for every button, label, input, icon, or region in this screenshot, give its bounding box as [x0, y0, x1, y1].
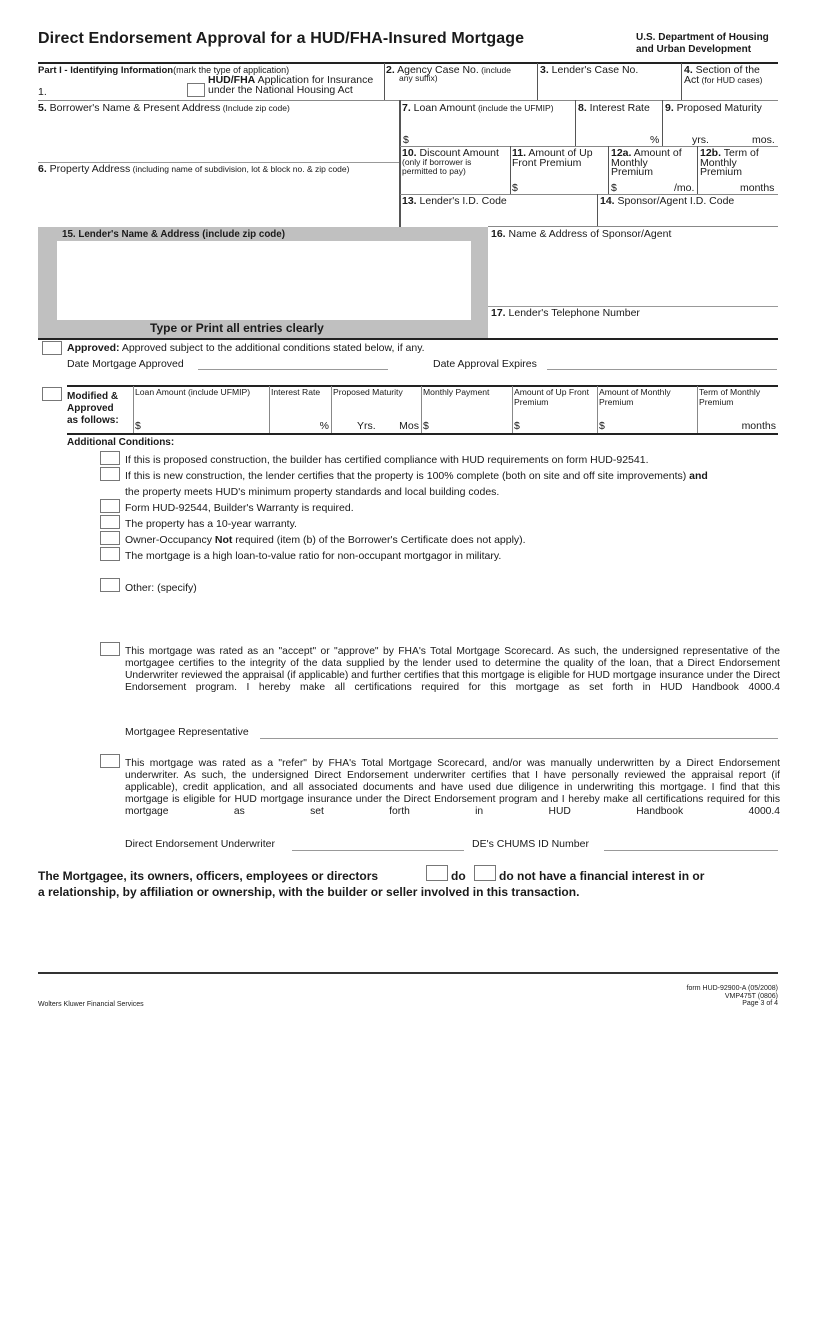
monthly-premium-term-field[interactable]: [700, 178, 738, 193]
modified-col-label: Interest Rate: [271, 388, 329, 398]
condition-new-construction-and: and: [686, 470, 708, 482]
item5-number: 5.: [38, 102, 47, 114]
condition-10-year-warranty-text: The property has a 10-year warranty.: [125, 519, 297, 530]
item12a-dollar-sign: $: [611, 183, 617, 194]
item5-label-text: Borrower's Name & Present Address: [47, 102, 221, 114]
item1-number: 1.: [38, 87, 47, 98]
condition-10-year-warranty-checkbox[interactable]: [100, 515, 120, 529]
discount-amount-field[interactable]: [402, 178, 508, 193]
item14-number: 14.: [600, 195, 615, 207]
modified-col-label: Loan Amount (include UFMIP): [135, 388, 267, 398]
condition-other-checkbox[interactable]: [100, 578, 120, 592]
chums-id-field[interactable]: [604, 850, 778, 851]
modified-col-5[interactable]: Amount of Monthly Premium$: [599, 387, 695, 432]
condition-high-ltv-military-text: The mortgage is a high loan-to-value rat…: [125, 551, 501, 562]
modified-label-line1: Modified &: [67, 391, 118, 402]
item8-percent-sign: %: [650, 135, 659, 146]
modified-label-line2: Approved: [67, 403, 114, 414]
condition-new-construction-line1: If this is new construction, the lender …: [125, 470, 686, 482]
modified-col-4[interactable]: Amount of Up Front Premium$: [514, 387, 595, 432]
modified-col-label: Amount of Monthly Premium: [599, 388, 695, 407]
condition-owner-occupancy-checkbox[interactable]: [100, 531, 120, 545]
condition-new-construction-line2: the property meets HUD's minimum propert…: [125, 487, 499, 498]
form-id: form HUD-92900-A (05/2008): [687, 985, 778, 992]
modified-col-unit-mid: Yrs.: [357, 421, 376, 432]
item9-label-text: Proposed Maturity: [674, 102, 762, 114]
form-title: Direct Endorsement Approval for a HUD/FH…: [38, 30, 524, 48]
item3-label-text: Lender's Case No.: [549, 64, 639, 76]
item12a-per-month: /mo.: [674, 183, 694, 194]
item13-number: 13.: [402, 195, 417, 207]
type-or-print-instruction: Type or Print all entries clearly: [150, 321, 324, 335]
lender-id-code-field[interactable]: [402, 208, 594, 225]
modified-col-label: Amount of Up Front Premium: [514, 388, 595, 407]
date-mortgage-approved-field[interactable]: [198, 369, 388, 370]
item1-label-line2: under the National Housing Act: [208, 85, 353, 96]
condition-owner-occupancy-label: Owner-Occupancy: [125, 534, 212, 546]
item5-note: (Include zip code): [220, 103, 289, 113]
modified-label-line3: as follows:: [67, 415, 119, 426]
modified-col-3[interactable]: Monthly Payment$: [423, 387, 510, 432]
item8-label: 8. Interest Rate: [578, 103, 650, 114]
modified-col-1[interactable]: Interest Rate%: [271, 387, 329, 432]
condition-owner-occupancy-rest: required (item (b) of the Borrower's Cer…: [232, 534, 525, 546]
item2-note: (include: [479, 65, 511, 75]
upfront-premium-field[interactable]: [520, 178, 606, 193]
modified-col-6[interactable]: Term of Monthly Premiummonths: [699, 387, 776, 432]
item11-dollar-sign: $: [512, 183, 518, 194]
item17-number: 17.: [491, 307, 506, 319]
item16-number: 16.: [491, 228, 506, 240]
loan-amount-field[interactable]: [412, 130, 572, 145]
additional-conditions-heading: Additional Conditions:: [67, 437, 174, 448]
item17-label: 17. Lender's Telephone Number: [491, 308, 640, 319]
financial-interest-do-not-label: do not have a financial interest in or: [499, 869, 704, 883]
condition-high-ltv-military-checkbox[interactable]: [100, 547, 120, 561]
item17-label-text: Lender's Telephone Number: [506, 307, 640, 319]
accept-approve-certification-checkbox[interactable]: [100, 642, 120, 656]
publisher-name: Wolters Kluwer Financial Services: [38, 1001, 144, 1008]
modified-col-unit-left: $: [135, 421, 141, 432]
lenders-case-number-field[interactable]: [540, 80, 680, 99]
condition-owner-occupancy-text: Owner-Occupancy Not required (item (b) o…: [125, 535, 526, 546]
condition-other-label: Other: (specify): [125, 583, 197, 594]
chums-id-label: DE's CHUMS ID Number: [472, 839, 589, 850]
modified-col-unit-right: months: [742, 421, 776, 432]
agency-case-number-field[interactable]: [386, 84, 536, 99]
item11-label-line2: Front Premium: [512, 158, 581, 169]
item3-number: 3.: [540, 64, 549, 76]
item2-note-line2: any suffix): [399, 74, 438, 83]
modified-col-unit-left: $: [423, 421, 429, 432]
refer-certification-text: This mortgage was rated as a "refer" by …: [125, 758, 780, 830]
mortgagee-representative-field[interactable]: [260, 738, 778, 739]
item9-label: 9. Proposed Maturity: [665, 103, 762, 114]
item2-number: 2.: [386, 64, 395, 76]
approved-text: Approved subject to the additional condi…: [120, 342, 425, 354]
date-mortgage-approved-label: Date Mortgage Approved: [67, 359, 184, 370]
lender-telephone-field[interactable]: [491, 320, 776, 337]
condition-new-construction-text: If this is new construction, the lender …: [125, 471, 708, 482]
item6-label-text: Property Address: [47, 163, 130, 175]
item16-label: 16. Name & Address of Sponsor/Agent: [491, 229, 671, 240]
item15-label: 15. Lender's Name & Address (include zip…: [62, 229, 285, 240]
item10-note-line2: permitted to pay): [402, 167, 466, 176]
financial-interest-do-not-checkbox[interactable]: [474, 865, 496, 881]
de-underwriter-label: Direct Endorsement Underwriter: [125, 839, 275, 850]
item5-label: 5. Borrower's Name & Present Address (In…: [38, 103, 290, 114]
item8-label-text: Interest Rate: [587, 102, 650, 114]
page-number: Page 3 of 4: [742, 1000, 778, 1007]
agency-name-line1: U.S. Department of Housing: [636, 32, 769, 43]
condition-proposed-construction-checkbox[interactable]: [100, 451, 120, 465]
agency-name-line2: and Urban Development: [636, 44, 751, 55]
item8-number: 8.: [578, 102, 587, 114]
hud-fha-application-checkbox[interactable]: [187, 83, 205, 97]
item13-label: 13. Lender's I.D. Code: [402, 196, 507, 207]
item14-label-text: Sponsor/Agent I.D. Code: [615, 195, 735, 207]
modified-col-label: Monthly Payment: [423, 388, 510, 398]
modified-col-label: Proposed Maturity: [333, 388, 419, 398]
modified-col-unit-left: $: [599, 421, 605, 432]
item7-label: 7. Loan Amount (include the UFMIP): [402, 103, 554, 114]
condition-proposed-construction-text: If this is proposed construction, the bu…: [125, 455, 649, 466]
accept-approve-certification-text: This mortgage was rated as an "accept" o…: [125, 646, 780, 706]
approved-label: Approved:: [67, 342, 120, 354]
financial-interest-do-label: do: [451, 869, 466, 883]
mortgagee-representative-label: Mortgagee Representative: [125, 727, 249, 738]
item6-number: 6.: [38, 163, 47, 175]
item14-label: 14. Sponsor/Agent I.D. Code: [600, 196, 734, 207]
financial-interest-line2: a relationship, by affiliation or owners…: [38, 885, 579, 899]
condition-owner-occupancy-not: Not: [212, 534, 232, 546]
section-of-act-field[interactable]: [684, 86, 776, 99]
item4-act: Act: [684, 74, 699, 86]
modified-col-2[interactable]: Proposed MaturityYrs.Mos: [333, 387, 419, 432]
de-underwriter-field[interactable]: [292, 850, 464, 851]
item13-label-text: Lender's I.D. Code: [417, 195, 507, 207]
item12b-label-line3: Premium: [700, 167, 742, 178]
modified-col-label: Term of Monthly Premium: [699, 388, 776, 407]
proposed-maturity-field[interactable]: [665, 130, 775, 145]
condition-other-specify-field[interactable]: [125, 596, 775, 634]
vmp-code: VMP475T (0806): [725, 993, 778, 1000]
financial-interest-line1: The Mortgagee, its owners, officers, emp…: [38, 869, 378, 883]
item7-note: (include the UFMIP): [476, 103, 554, 113]
monthly-premium-field[interactable]: [620, 178, 672, 193]
interest-rate-field[interactable]: [578, 130, 648, 145]
item7-label-text: Loan Amount: [411, 102, 476, 114]
refer-certification-checkbox[interactable]: [100, 754, 120, 768]
modified-col-unit-left: $: [514, 421, 520, 432]
date-approval-expires-field[interactable]: [547, 369, 777, 370]
item6-note: (including name of subdivision, lot & bl…: [130, 164, 349, 174]
item7-dollar-sign: $: [403, 135, 409, 146]
modified-col-unit-right: %: [320, 421, 329, 432]
item9-number: 9.: [665, 102, 674, 114]
approved-checkbox[interactable]: [42, 341, 62, 355]
modified-col-unit-right: Mos: [399, 421, 419, 432]
item12a-label-line3: Premium: [611, 167, 653, 178]
item16-label-text: Name & Address of Sponsor/Agent: [506, 228, 672, 240]
item4-note: (for HUD cases): [699, 75, 762, 85]
item6-label: 6. Property Address (including name of s…: [38, 164, 349, 175]
modified-approved-checkbox[interactable]: [42, 387, 62, 401]
item3-label: 3. Lender's Case No.: [540, 65, 638, 76]
financial-interest-do-checkbox[interactable]: [426, 865, 448, 881]
date-approval-expires-label: Date Approval Expires: [433, 359, 537, 370]
condition-new-construction-checkbox[interactable]: [100, 467, 120, 481]
part1-heading-bold: Part I - Identifying Information: [38, 65, 173, 76]
lender-name-address-field[interactable]: [57, 241, 471, 320]
approved-statement: Approved: Approved subject to the additi…: [67, 343, 425, 354]
borrower-name-address-field[interactable]: [38, 116, 396, 161]
modified-col-0[interactable]: Loan Amount (include UFMIP)$: [135, 387, 267, 432]
item12b-months-unit: months: [740, 183, 774, 194]
condition-builders-warranty-checkbox[interactable]: [100, 499, 120, 513]
condition-builders-warranty-text: Form HUD-92544, Builder's Warranty is re…: [125, 503, 354, 514]
item4-label-line2: Act (for HUD cases): [684, 75, 762, 86]
sponsor-agent-id-code-field[interactable]: [600, 208, 776, 225]
sponsor-agent-name-address-field[interactable]: [491, 242, 776, 304]
property-address-field[interactable]: [38, 177, 396, 225]
item7-number: 7.: [402, 102, 411, 114]
